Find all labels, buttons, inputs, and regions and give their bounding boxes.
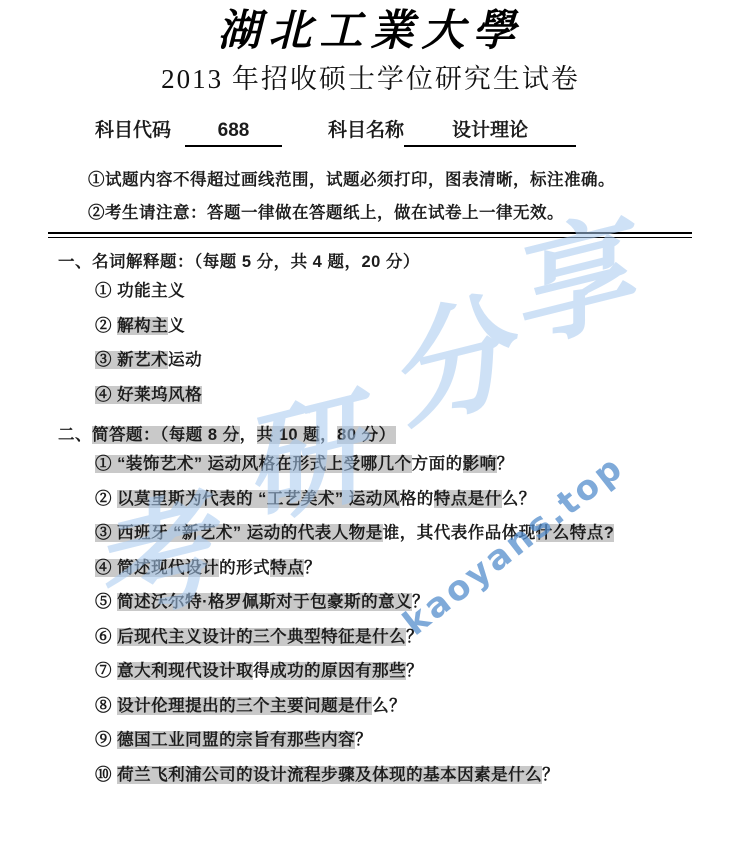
- question-text: ⑥: [95, 628, 117, 646]
- question-text: ⑤: [95, 593, 117, 611]
- question-text: ？: [406, 628, 423, 646]
- highlighted-text: ④ 简述现代设计: [95, 559, 219, 577]
- section-heading: 二、简答题：（每题 8 分，共 10 题，80 分）: [58, 423, 741, 447]
- highlighted-text: 80 分）: [337, 426, 395, 444]
- question-section: 一、名词解释题：（每题 5 分，共 4 题，20 分）① 功能主义② 解构主义③…: [58, 250, 741, 412]
- exam-note-2: ②考生请注意：答题一律做在答题纸上，做在试卷上一律无效。: [88, 202, 681, 224]
- question-text: ⑨: [95, 731, 117, 749]
- header-divider: [48, 232, 692, 238]
- highlighted-text: 成功的原因有那些: [270, 662, 406, 680]
- question-text: ，: [240, 426, 257, 444]
- question-text: 二、: [58, 426, 92, 444]
- highlighted-text: 解构主: [117, 317, 168, 335]
- question-text: ⑩: [95, 766, 117, 784]
- highlighted-text: 简答题：（每题 8 分: [92, 426, 240, 444]
- question-text: ① 功能主义: [95, 282, 185, 300]
- highlighted-text: 特点: [270, 559, 304, 577]
- question-text: ？: [542, 766, 559, 784]
- highlighted-text: ③ 西班牙 “新艺术” 运动的代表人物是: [95, 524, 383, 542]
- question-line: ⑤ 简述沃尔特·格罗佩斯对于包豪斯的意义？: [58, 585, 741, 620]
- highlighted-text: 荷兰飞利浦公司的设计流程步骤及体现的基本因素是什么: [117, 766, 542, 784]
- highlighted-text: 影响: [463, 455, 497, 473]
- question-line: ④ 简述现代设计的形式特点？: [58, 551, 741, 586]
- question-line: ⑩ 荷兰飞利浦公司的设计流程步骤及体现的基本因素是什么？: [58, 758, 741, 793]
- question-line: ③ 新艺术运动: [58, 343, 741, 378]
- question-line: ⑦ 意大利现代设计取得成功的原因有那些？: [58, 654, 741, 689]
- question-text: 格的: [400, 490, 434, 508]
- highlighted-text: 特点?: [570, 524, 615, 542]
- question-line: ③ 西班牙 “新艺术” 运动的代表人物是谁，其代表作品体现什么特点?: [58, 516, 741, 551]
- highlighted-text: 简述沃尔特·格罗佩斯对于包豪斯的意义: [117, 593, 412, 611]
- highlighted-text: 以莫里斯为代表的 “工艺美术” 运动风: [117, 490, 400, 508]
- subject-name-label: 科目名称: [328, 120, 404, 141]
- question-line: ① “装饰艺术” 运动风格在形式上受哪几个方面的影响？: [58, 447, 741, 482]
- question-text: ⑦: [95, 662, 117, 680]
- highlighted-text: 德国工业同盟的宗旨有那些内容: [117, 731, 355, 749]
- exam-paper-page: 考研分享 kaoyans.top 湖北工業大學 2013 年招收硕士学位研究生试…: [0, 0, 741, 867]
- highlighted-text: 意大利现代设计取: [117, 662, 253, 680]
- question-line: ④ 好莱坞风格: [58, 378, 741, 413]
- highlighted-text: ④ 好莱坞风格: [95, 386, 202, 404]
- question-line: ② 以莫里斯为代表的 “工艺美术” 运动风格的特点是什么？: [58, 482, 741, 517]
- question-text: ，: [320, 426, 337, 444]
- question-sections: 一、名词解释题：（每题 5 分，共 4 题，20 分）① 功能主义② 解构主义③…: [58, 250, 741, 792]
- highlighted-text: 什么: [536, 524, 570, 542]
- question-text: 义: [168, 317, 185, 335]
- question-text: 谁，其代表作品体现: [383, 524, 536, 542]
- subject-line: 科目代码688科目名称设计理论: [95, 118, 741, 147]
- question-text: ？: [412, 593, 429, 611]
- question-text: 么？: [372, 697, 406, 715]
- question-text: 么？: [502, 490, 536, 508]
- question-text: ②: [95, 317, 117, 335]
- question-text: 得: [253, 662, 270, 680]
- question-text: ？: [304, 559, 321, 577]
- question-line: ① 功能主义: [58, 274, 741, 309]
- university-logo: 湖北工業大學: [0, 4, 741, 58]
- question-text: ②: [95, 490, 117, 508]
- question-text: 运动: [168, 351, 202, 369]
- question-text: ⑧: [95, 697, 117, 715]
- question-text: 方面的: [412, 455, 463, 473]
- page-title: 2013 年招收硕士学位研究生试卷: [0, 62, 741, 96]
- subject-code-label: 科目代码: [95, 120, 171, 141]
- subject-code-value: 688: [185, 118, 282, 147]
- question-text: ？: [497, 455, 514, 473]
- question-text: 的形式: [219, 559, 270, 577]
- highlighted-text: ③ 新艺术: [95, 351, 168, 369]
- highlighted-text: 共 10 题: [257, 426, 321, 444]
- question-line: ⑨ 德国工业同盟的宗旨有那些内容？: [58, 723, 741, 758]
- question-text: 一、名词解释题：（每题 5 分，共 4 题，20 分）: [58, 253, 420, 271]
- question-line: ⑥ 后现代主义设计的三个典型特征是什么？: [58, 620, 741, 655]
- highlighted-text: 后现代主义设计的三个典型特征是什么: [117, 628, 406, 646]
- question-text: ？: [355, 731, 372, 749]
- highlighted-text: 设计伦理提出的三个主要问题是什: [117, 697, 372, 715]
- section-heading: 一、名词解释题：（每题 5 分，共 4 题，20 分）: [58, 250, 741, 274]
- question-line: ② 解构主义: [58, 309, 741, 344]
- question-line: ⑧ 设计伦理提出的三个主要问题是什么？: [58, 689, 741, 724]
- highlighted-text: 特点是什: [434, 490, 502, 508]
- subject-name-value: 设计理论: [404, 118, 576, 147]
- question-text: ？: [406, 662, 423, 680]
- question-section: 二、简答题：（每题 8 分，共 10 题，80 分）① “装饰艺术” 运动风格在…: [58, 423, 741, 792]
- highlighted-text: ① “装饰艺术” 运动风格在形式上受哪几个: [95, 455, 412, 473]
- exam-note-1: ①试题内容不得超过画线范围，试题必须打印，图表清晰，标注准确。: [88, 169, 681, 191]
